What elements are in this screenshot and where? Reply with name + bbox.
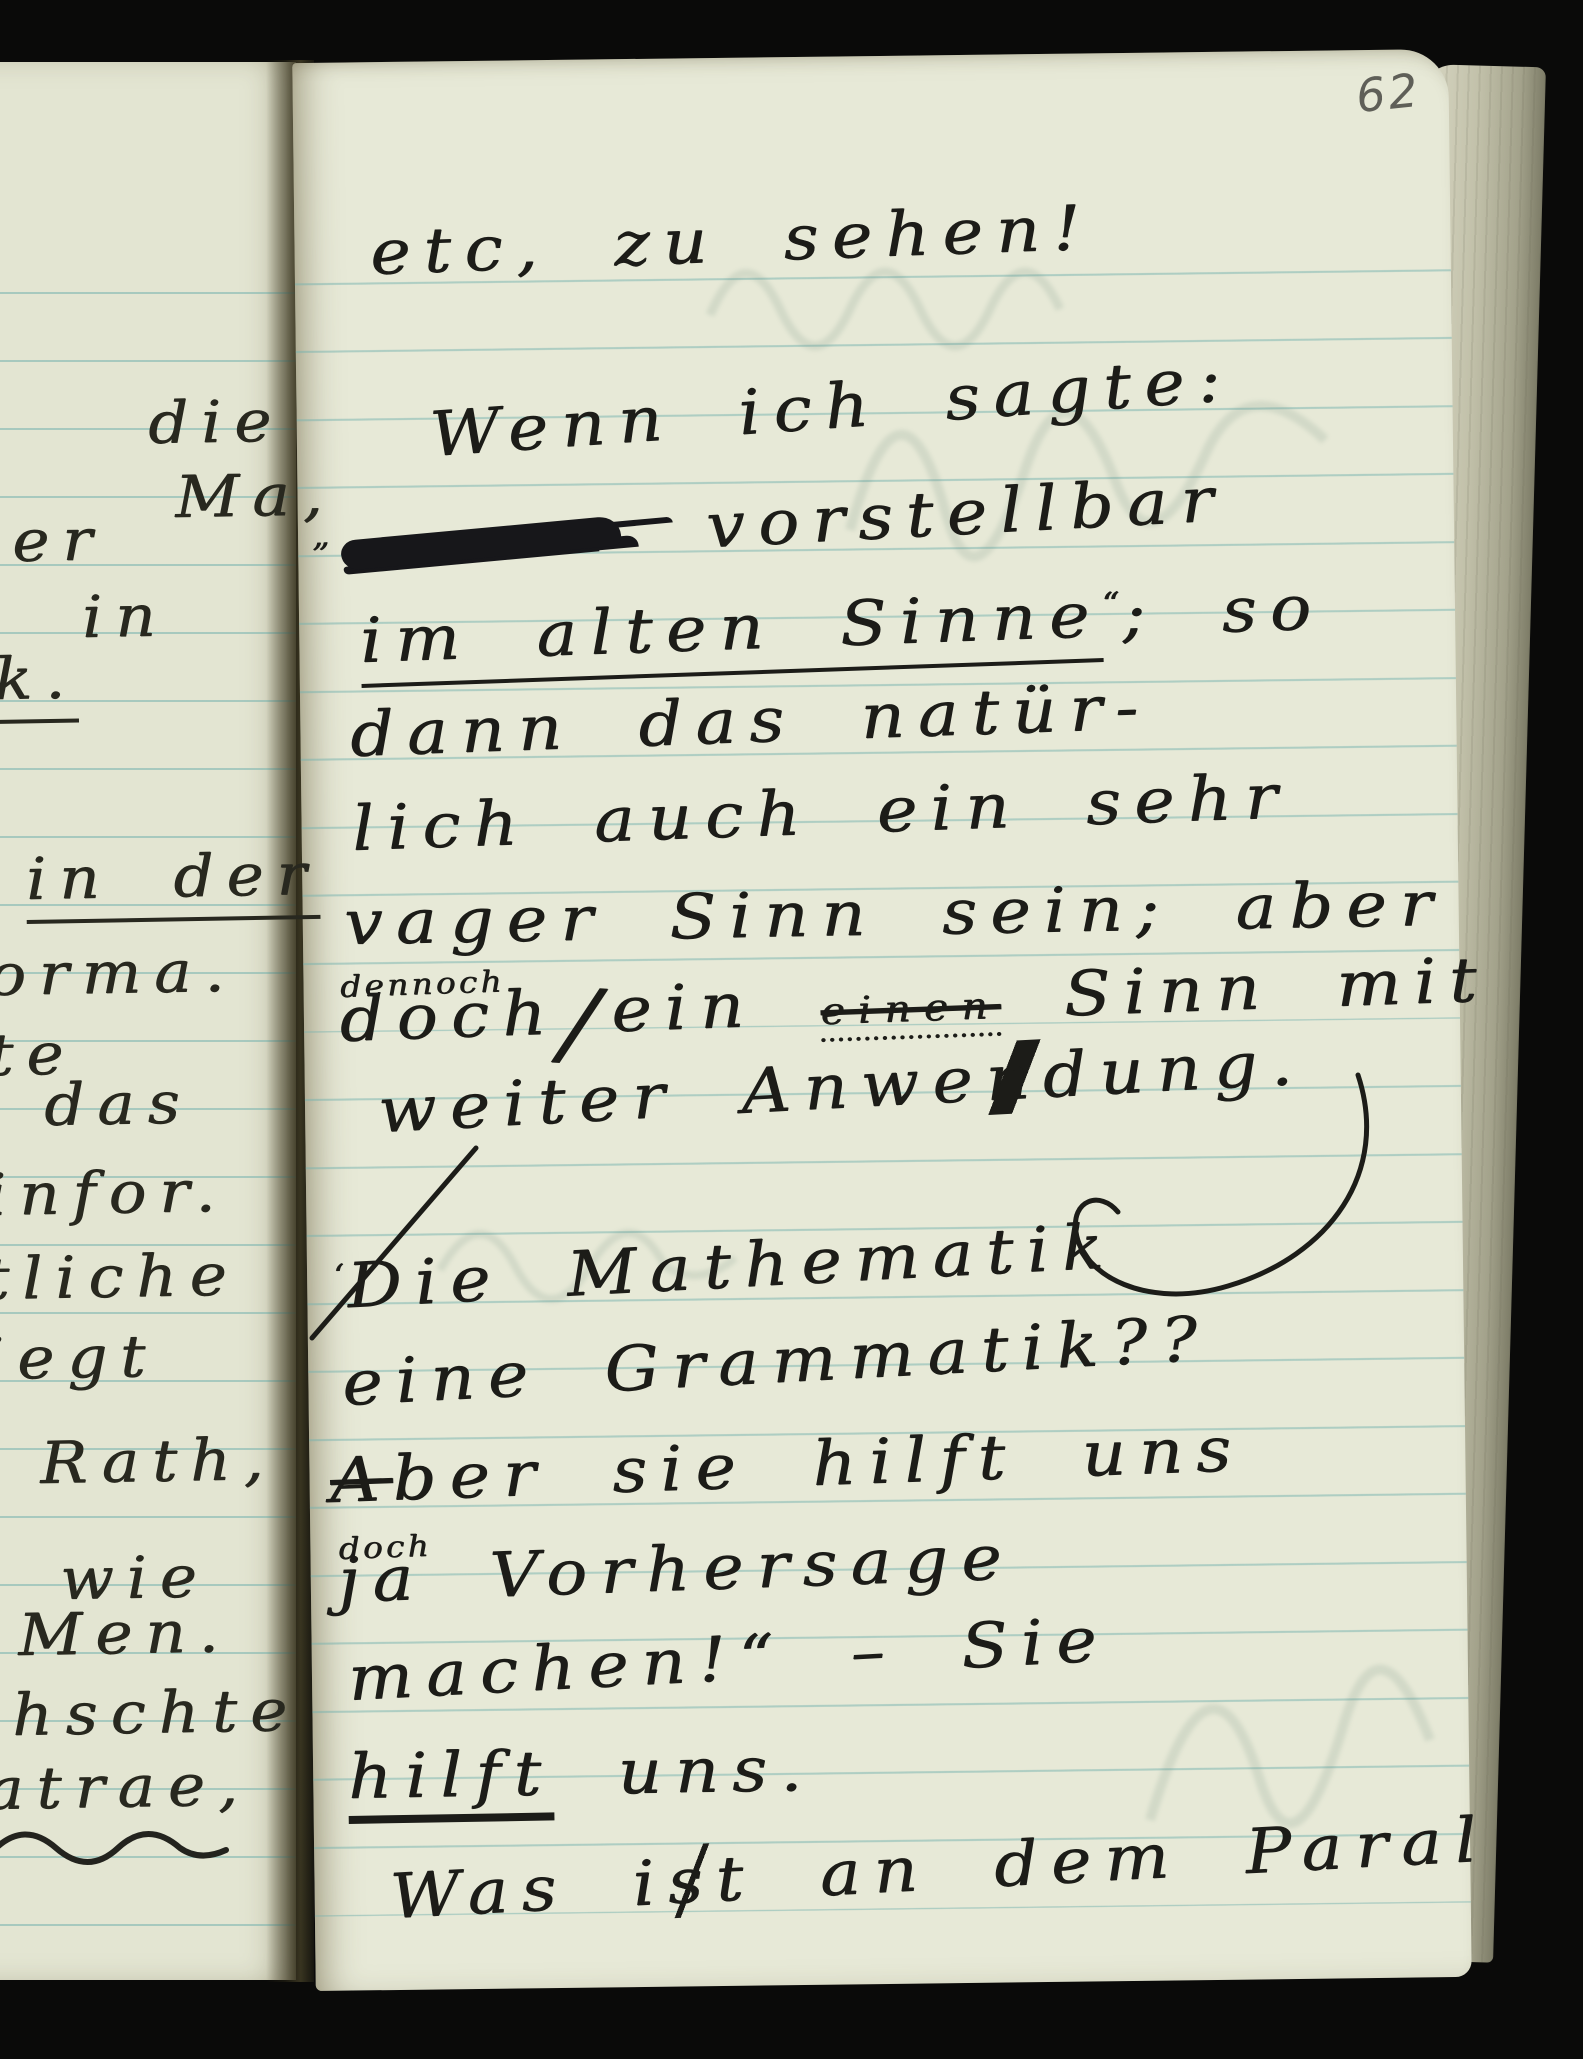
manuscript-line-fragment: in der	[25, 845, 319, 908]
handwritten-word: in der	[25, 840, 320, 924]
handwritten-word: etc, zu sehen!	[369, 191, 1095, 289]
handwritten-word: dann das natür-	[349, 670, 1153, 771]
manuscript-line: vager Sinn sein; aber	[343, 873, 1445, 954]
handwritten-word: orma.	[0, 937, 238, 1009]
handwritten-word: ein	[610, 966, 822, 1046]
manuscript-line-fragment: orma.	[0, 942, 238, 1004]
handwritten-word: tliche	[0, 1241, 240, 1313]
manuscript-line-fragment: tliche	[0, 1246, 240, 1308]
manuscript-line-fragment: k.	[0, 649, 78, 708]
manuscript-line-fragment: in	[81, 586, 168, 645]
manuscript-line: dann das natür-	[349, 676, 1152, 766]
handwritten-word: Ma,	[174, 460, 335, 531]
handwritten-word: infor.	[0, 1157, 229, 1229]
handwritten-word: A	[329, 1442, 394, 1517]
handwritten-word: lich auch ein sehr	[351, 759, 1292, 865]
manuscript-line: etc, zu sehen!	[369, 197, 1095, 284]
page-number: 62	[1353, 63, 1423, 123]
margin-slash-mark	[298, 1138, 493, 1353]
handwritten-word: er	[11, 505, 105, 575]
handwritten-word: einen	[820, 983, 1002, 1042]
handwritten-word: Vorhersage	[425, 1520, 1016, 1614]
inserted-word-above: dennoch	[340, 968, 506, 1003]
scribbled-out-word	[340, 515, 622, 571]
handwritten-word: machen!“ – Sie	[346, 1602, 1111, 1715]
handwritten-word: Was	[388, 1847, 634, 1933]
handwritten-word: dochdennoch	[338, 981, 560, 1051]
handwritten-word: in	[81, 581, 168, 650]
flourish-wave	[0, 1816, 238, 1880]
manuscript-line: „ vorstellbar	[310, 468, 1227, 578]
handwritten-word: ; so	[1121, 570, 1326, 650]
manuscript-line: im alten Sinne“; so	[359, 576, 1325, 672]
handwritten-word: atrae,	[0, 1750, 251, 1823]
pen-flourish	[1058, 1060, 1398, 1335]
handwritten-word: hilft	[347, 1736, 555, 1824]
handwritten-word: vager Sinn sein; aber	[343, 867, 1446, 959]
handwritten-word: uns.	[554, 1732, 816, 1810]
handwritten-word: im alten Sinne	[359, 578, 1104, 688]
handwritten-word: “	[1101, 586, 1122, 623]
manuscript-line: Aber sie hilft uns	[329, 1418, 1245, 1512]
handwritten-word: Rath,	[39, 1425, 276, 1497]
manuscript-line-fragment: Rath,	[39, 1430, 276, 1492]
handwritten-word: Wenn ich sagte:	[427, 342, 1235, 471]
inserted-word-above: doch	[338, 1531, 432, 1564]
manuscript-line: machen!“ – Sie	[346, 1608, 1111, 1710]
manuscript-line-fragment: infor.	[0, 1162, 228, 1224]
manuscript-line-fragment: Ma,	[174, 465, 335, 526]
manuscript-line: jadoch Vorhersage	[337, 1526, 1016, 1612]
manuscript-line-fragment: iegt	[0, 1327, 159, 1388]
manuscript-line-fragment: die	[147, 392, 284, 452]
handwritten-word: ∕	[558, 976, 613, 1072]
handwritten-word: an dem Paral	[754, 1802, 1491, 1913]
manuscript-line: lich auch ein sehr	[351, 765, 1291, 860]
handwritten-word: hschte	[11, 1676, 300, 1749]
manuscript-line: Wenn ich sagte:	[428, 348, 1236, 466]
handwritten-word: iegt	[0, 1322, 159, 1393]
manuscript-line-fragment: Men.	[17, 1602, 231, 1664]
manuscript-line-fragment: das	[43, 1073, 192, 1134]
manuscript-line-fragment: atrae,	[0, 1755, 251, 1818]
manuscript-line-fragment: er	[11, 510, 105, 570]
handwritten-word: ber sie hilft uns	[391, 1412, 1245, 1515]
handwritten-word: Men.	[17, 1597, 231, 1669]
handwritten-word: das	[43, 1068, 193, 1139]
handwritten-word: vorstellbar	[641, 462, 1228, 565]
notebook-photo: { "page_number": "62", "colors": { "back…	[0, 0, 1583, 2059]
handwritten-word: ist	[631, 1841, 758, 1920]
manuscript-line: Was ist an dem Paral	[388, 1808, 1491, 1928]
handwritten-word: Sinn mit	[999, 943, 1491, 1033]
handwritten-word: k.	[0, 644, 79, 724]
handwritten-word: jadoch	[337, 1547, 427, 1612]
handwriting-layer: etc, zu sehen!Wenn ich sagte:„ vorstellb…	[0, 0, 1583, 2059]
manuscript-line: hilft uns.	[347, 1738, 815, 1808]
handwritten-word: die	[147, 387, 284, 457]
manuscript-line-fragment: hschte	[11, 1681, 300, 1744]
